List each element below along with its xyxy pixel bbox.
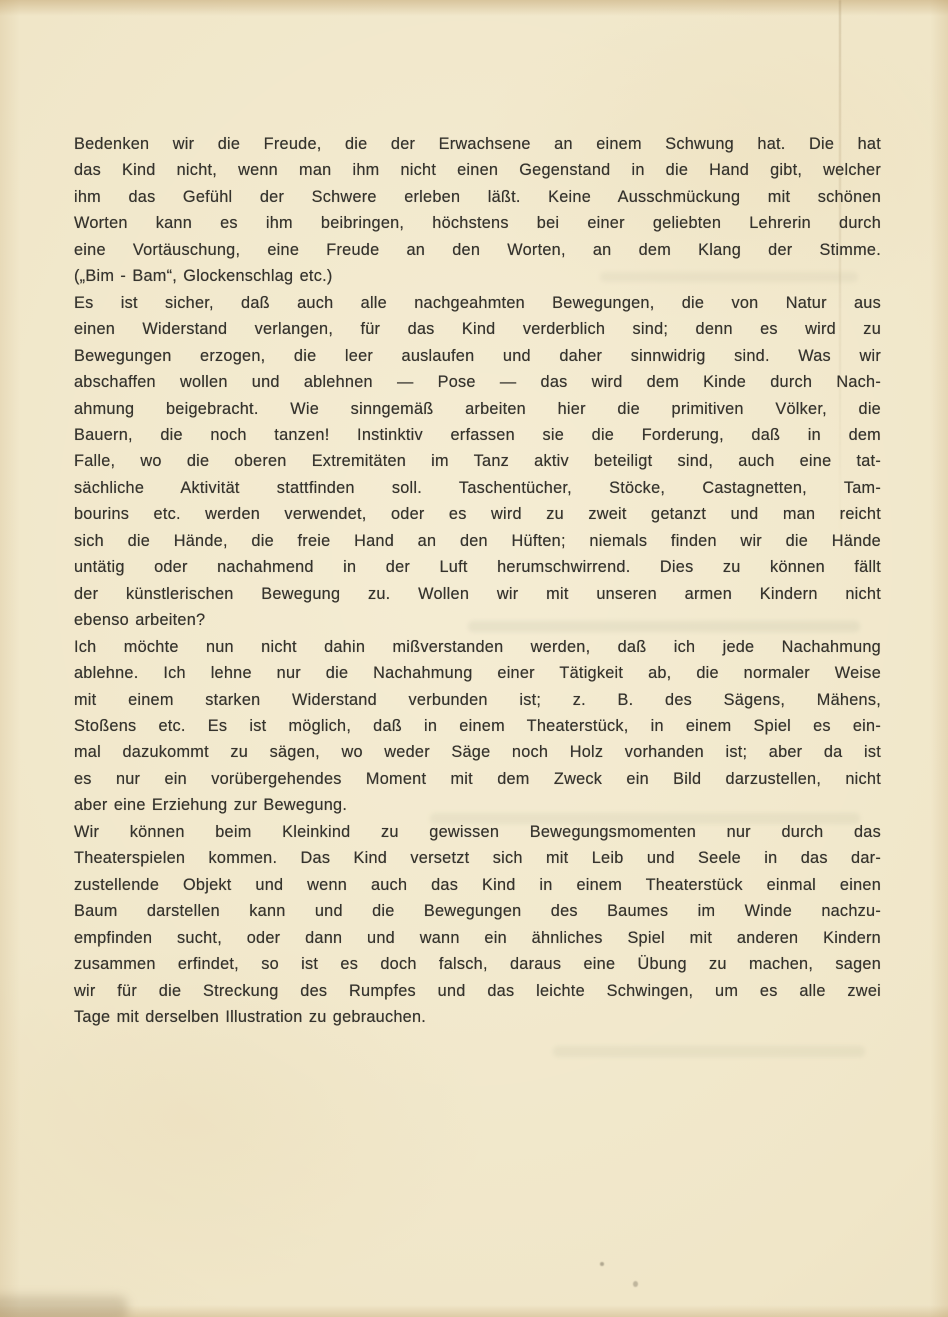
text-line: Stoßens etc. Es ist möglich, daß in eine…	[74, 713, 881, 739]
page-text-block: Bedenken wir die Freude, die der Erwachs…	[74, 131, 881, 1030]
text-line: ablehne. Ich lehne nur die Nachahmung ei…	[74, 660, 881, 686]
paper-speck	[600, 1262, 604, 1266]
text-line: zustellende Objekt und wenn auch das Kin…	[74, 872, 881, 898]
page-edge-shadow-left	[0, 0, 20, 1317]
text-line: einen Widerstand verlangen, für das Kind…	[74, 316, 881, 342]
page-edge-shadow-bottom	[0, 1305, 948, 1317]
text-line: Es ist sicher, daß auch alle nachgeahmte…	[74, 290, 881, 316]
text-line: Falle, wo die oberen Extremitäten im Tan…	[74, 448, 881, 474]
text-line: es nur ein vorübergehendes Moment mit de…	[74, 766, 881, 792]
text-line: ihm das Gefühl der Schwere erleben läßt.…	[74, 184, 881, 210]
text-line: bourins etc. werden verwendet, oder es w…	[74, 501, 881, 527]
text-line: Wir können beim Kleinkind zu gewissen Be…	[74, 819, 881, 845]
text-line: Theaterspielen kommen. Das Kind versetzt…	[74, 845, 881, 871]
text-line: mit einem starken Widerstand verbunden i…	[74, 687, 881, 713]
text-line: Worten kann es ihm beibringen, höchstens…	[74, 210, 881, 236]
text-line: ebenso arbeiten?	[74, 607, 881, 633]
text-line: wir für die Streckung des Rumpfes und da…	[74, 978, 881, 1004]
text-line: eine Vortäuschung, eine Freude an den Wo…	[74, 237, 881, 263]
scanned-page: Bedenken wir die Freude, die der Erwachs…	[0, 0, 948, 1317]
text-line: Ich möchte nun nicht dahin mißverstanden…	[74, 634, 881, 660]
text-line: Bauern, die noch tanzen! Instinktiv erfa…	[74, 422, 881, 448]
text-line: abschaffen wollen und ablehnen — Pose — …	[74, 369, 881, 395]
text-line: mal dazukommt zu sägen, wo weder Säge no…	[74, 739, 881, 765]
text-line: untätig oder nachahmend in der Luft heru…	[74, 554, 881, 580]
text-line: zusammen erfindet, so ist es doch falsch…	[74, 951, 881, 977]
text-line: Baum darstellen kann und die Bewegungen …	[74, 898, 881, 924]
paper-speck	[633, 1281, 638, 1287]
page-edge-shadow-right	[930, 0, 948, 1317]
text-line: ahmung beigebracht. Wie sinngemäß arbeit…	[74, 396, 881, 422]
text-line: Tage mit derselben Illustration zu gebra…	[74, 1004, 881, 1030]
text-line: das Kind nicht, wenn man ihm nicht einen…	[74, 157, 881, 183]
text-line: Bewegungen erzogen, die leer auslaufen u…	[74, 343, 881, 369]
ink-bleed-through	[553, 1046, 865, 1057]
text-line: sächliche Aktivität stattfinden soll. Ta…	[74, 475, 881, 501]
text-line: sich die Hände, die freie Hand an den Hü…	[74, 528, 881, 554]
text-line: der künstlerischen Bewegung zu. Wollen w…	[74, 581, 881, 607]
text-line: empfinden sucht, oder dann und wann ein …	[74, 925, 881, 951]
paper-smudge	[0, 1296, 128, 1317]
text-line: Bedenken wir die Freude, die der Erwachs…	[74, 131, 881, 157]
text-line: („Bim - Bam“, Glockenschlag etc.)	[74, 263, 881, 289]
text-line: aber eine Erziehung zur Bewegung.	[74, 792, 881, 818]
page-edge-shadow-top	[0, 0, 948, 16]
